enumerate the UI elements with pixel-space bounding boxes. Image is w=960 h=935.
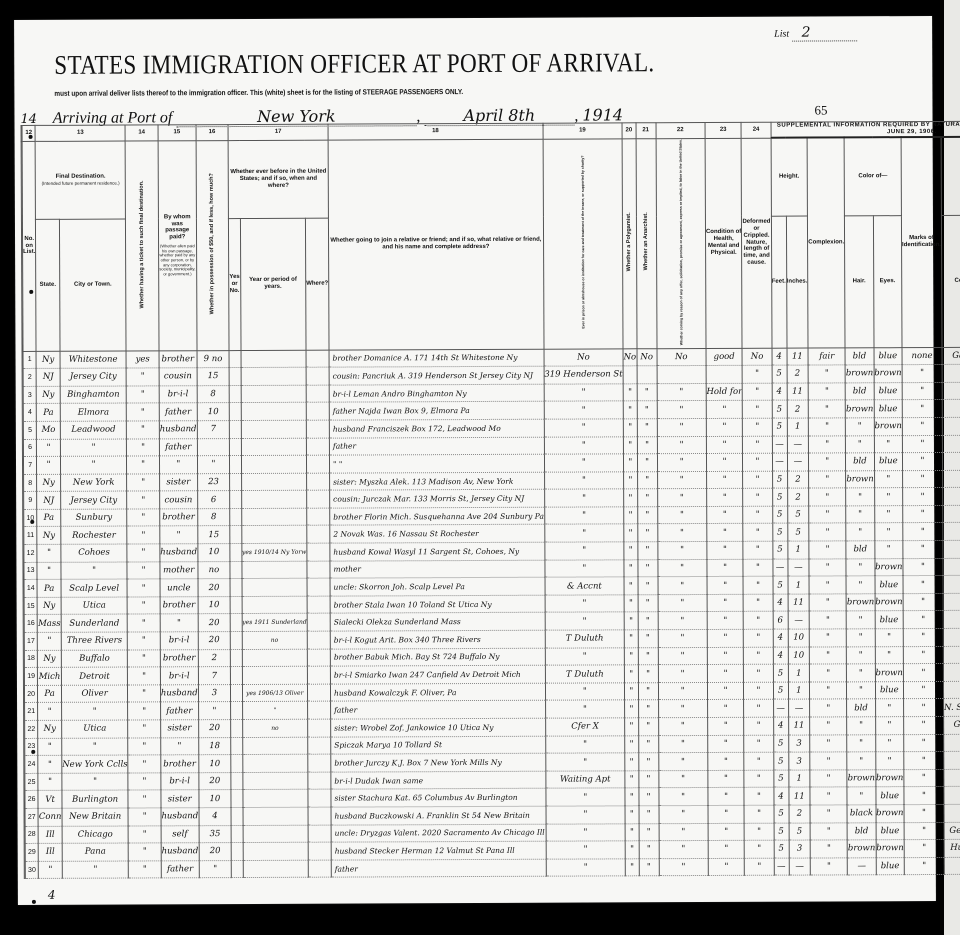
cell-before-yn bbox=[230, 614, 241, 632]
cell-marks: " bbox=[903, 629, 943, 647]
cell-before-yn bbox=[231, 843, 242, 861]
cell-no: 20 bbox=[24, 685, 37, 703]
cell-comp: " bbox=[809, 435, 846, 453]
cell-health: " bbox=[707, 647, 744, 665]
cell-eyes: brown bbox=[875, 769, 903, 787]
cell-deformed: " bbox=[743, 506, 772, 524]
cell-relative: " " bbox=[329, 454, 544, 473]
cell-in: 5 bbox=[787, 506, 809, 524]
cell-contract: " bbox=[659, 841, 708, 859]
cell-ft: — bbox=[773, 700, 788, 718]
cell-state: " bbox=[37, 439, 61, 457]
cell-hair: brown bbox=[845, 400, 873, 418]
cell-marks: " bbox=[902, 382, 942, 400]
cell-ft: 5 bbox=[772, 541, 787, 559]
cell-marks: " bbox=[904, 752, 944, 770]
cell-before-yn bbox=[229, 385, 240, 403]
cell-poly: " bbox=[624, 683, 638, 701]
cell-in: — bbox=[789, 858, 811, 876]
cell-relative: brother Florin Mich. Susquehanna Ave 204… bbox=[330, 507, 545, 526]
cell-before-where bbox=[308, 719, 331, 737]
cell-before-yn bbox=[231, 737, 242, 755]
cell-ft: 5 bbox=[773, 576, 788, 594]
header-marks: Marks of Identification. bbox=[901, 137, 942, 347]
header-state: State. bbox=[36, 219, 60, 351]
cell-before-year bbox=[241, 508, 306, 526]
cell-before-year bbox=[242, 790, 307, 808]
header-eyes: Eyes. bbox=[873, 215, 902, 347]
punch-hole-dot bbox=[32, 900, 36, 904]
cell-deformed: " bbox=[745, 858, 774, 876]
cell-prison: " bbox=[546, 841, 625, 859]
cell-in: 3 bbox=[788, 735, 810, 753]
cell-before-where bbox=[307, 473, 330, 491]
cell-eyes: brown bbox=[876, 840, 904, 858]
page-number: 65 bbox=[814, 102, 827, 118]
cell-comp: " bbox=[809, 594, 846, 612]
cell-prison: " bbox=[546, 859, 625, 877]
cell-poly bbox=[623, 366, 637, 384]
cell-paid: father bbox=[161, 860, 199, 878]
cell-prison: T Duluth bbox=[545, 665, 624, 683]
cell-money: " bbox=[199, 860, 232, 878]
cell-paid: " bbox=[160, 614, 198, 632]
header-where: Where? bbox=[305, 218, 329, 350]
cell-before-yn bbox=[231, 825, 242, 843]
cell-prison: " bbox=[544, 419, 623, 437]
cell-city: Whitestone bbox=[60, 351, 126, 369]
cell-before-where bbox=[308, 860, 331, 878]
cell-poly: " bbox=[623, 454, 637, 472]
cell-before-year bbox=[242, 649, 307, 667]
cell-before-where bbox=[307, 649, 330, 667]
cell-ticket: " bbox=[127, 421, 160, 439]
cell-ft: 5 bbox=[772, 365, 787, 383]
cell-in: 1 bbox=[788, 576, 810, 594]
cell-eyes: brown bbox=[875, 558, 903, 576]
cell-ticket: " bbox=[127, 597, 160, 615]
cell-ft: — bbox=[772, 559, 787, 577]
cell-no: 19 bbox=[24, 668, 37, 686]
cell-state: Pa bbox=[38, 685, 62, 703]
cell-hair: bld bbox=[846, 541, 874, 559]
cell-paid: brother bbox=[161, 755, 199, 773]
cell-state: Mo bbox=[37, 421, 61, 439]
cell-health: " bbox=[706, 436, 743, 454]
cell-in: 11 bbox=[788, 594, 810, 612]
cell-money: no bbox=[198, 561, 231, 579]
cell-poly: " bbox=[624, 630, 638, 648]
header-money: Whether in possession of $50, and if les… bbox=[196, 140, 229, 350]
cell-ticket: " bbox=[127, 456, 160, 474]
cell-anarch: " bbox=[639, 806, 659, 824]
cell-no: 17 bbox=[24, 632, 37, 650]
cell-comp: " bbox=[809, 418, 846, 436]
cell-marks: " bbox=[904, 857, 944, 875]
cell-health: " bbox=[708, 840, 745, 858]
cell-poly: " bbox=[624, 489, 638, 507]
cell-relative: Spiczak Marya 10 Tollard St bbox=[331, 736, 546, 755]
cell-no: 8 bbox=[24, 474, 37, 492]
cell-eyes: " bbox=[875, 699, 903, 717]
cell-comp: fair bbox=[808, 347, 845, 365]
cell-ticket: " bbox=[128, 808, 161, 826]
cell-country: " bbox=[943, 663, 960, 681]
cell-eyes: blue bbox=[876, 857, 904, 875]
cell-before-year bbox=[241, 350, 306, 368]
cell-eyes: blue bbox=[874, 347, 902, 365]
cell-city: " bbox=[62, 773, 128, 791]
cell-before-year bbox=[242, 737, 307, 755]
cell-marks: " bbox=[903, 505, 943, 523]
cell-comp: " bbox=[810, 717, 847, 735]
cell-before-year bbox=[242, 754, 307, 772]
cell-no: 21 bbox=[25, 703, 38, 721]
cell-money: 20 bbox=[198, 772, 231, 790]
cell-state: " bbox=[38, 773, 62, 791]
header-ticket: Whether having a ticket to such final de… bbox=[125, 140, 158, 350]
cell-no: 18 bbox=[24, 650, 37, 668]
cell-before-where bbox=[306, 438, 329, 456]
cell-comp: " bbox=[809, 541, 846, 559]
cell-country: Galizia bbox=[942, 347, 960, 365]
cell-state: " bbox=[38, 738, 62, 756]
cell-health: " bbox=[706, 418, 743, 436]
cell-before-yn bbox=[230, 420, 241, 438]
cell-anarch: " bbox=[638, 647, 658, 665]
cell-paid: br-i-l bbox=[160, 667, 198, 685]
header-ever-before: Whether ever before in the United States… bbox=[228, 140, 328, 219]
cell-eyes: blue bbox=[875, 681, 903, 699]
cell-paid: husband bbox=[160, 544, 198, 562]
cell-relative: brother Babuk Mich. Bay St 724 Buffalo N… bbox=[330, 648, 545, 667]
cell-relative: father bbox=[329, 437, 544, 456]
cell-marks: " bbox=[902, 400, 942, 418]
cell-anarch: " bbox=[638, 735, 658, 753]
cell-prison: Cfer X bbox=[545, 718, 624, 736]
cell-ft: 4 bbox=[773, 717, 788, 735]
manifest-rows: 1NyWhitestoneyesbrother9 nobrother Doman… bbox=[22, 347, 960, 879]
cell-prison: " bbox=[545, 700, 624, 718]
punch-hole-dot bbox=[29, 290, 33, 294]
cell-before-yn bbox=[230, 473, 241, 491]
cell-before-where bbox=[308, 702, 331, 720]
cell-prison: Waiting Apt bbox=[546, 771, 625, 789]
cell-health: " bbox=[707, 665, 744, 683]
cell-before-year bbox=[241, 561, 306, 579]
cell-contract: No bbox=[657, 348, 706, 366]
cell-country: N. Sta. Am. bbox=[944, 699, 960, 717]
cell-in: 1 bbox=[787, 541, 809, 559]
header-final-destination: Final Destination. (Intended future perm… bbox=[35, 141, 125, 220]
cell-in: 1 bbox=[788, 682, 810, 700]
header-condition: Condition of Health, Mental and Physical… bbox=[705, 138, 743, 348]
cell-no: 2 bbox=[23, 369, 36, 387]
cell-relative: sister Stachura Kat. 65 Columbus Av Burl… bbox=[331, 789, 546, 808]
cell-poly: " bbox=[625, 718, 639, 736]
cell-state: " bbox=[39, 861, 63, 879]
cell-comp: " bbox=[809, 506, 846, 524]
cell-poly: " bbox=[625, 700, 639, 718]
cell-country: " bbox=[944, 751, 960, 769]
cell-state: " bbox=[37, 544, 61, 562]
cell-before-where bbox=[308, 807, 331, 825]
cell-city: Rochester bbox=[61, 527, 127, 545]
cell-no: 15 bbox=[24, 597, 37, 615]
col-num: 16 bbox=[196, 125, 229, 141]
cell-contract: " bbox=[657, 436, 706, 454]
cell-prison: T Duluth bbox=[545, 630, 624, 648]
cell-contract: " bbox=[658, 718, 707, 736]
cell-ticket: " bbox=[128, 685, 161, 703]
cell-eyes: blue bbox=[875, 576, 903, 594]
cell-prison: " bbox=[544, 507, 623, 525]
cell-eyes: " bbox=[875, 717, 903, 735]
cell-marks: " bbox=[902, 453, 942, 471]
cell-city: Cohoes bbox=[61, 544, 127, 562]
cell-relative: br-i-l Smiarko Iwan 247 Canfield Av Detr… bbox=[330, 665, 545, 684]
cell-comp: " bbox=[808, 383, 845, 401]
cell-before-where bbox=[307, 684, 330, 702]
cell-prison: " bbox=[544, 454, 623, 472]
header-prison: Ever in prison or almshouse or instituti… bbox=[543, 138, 623, 348]
cell-before-where bbox=[307, 526, 330, 544]
cell-deformed: " bbox=[744, 647, 773, 665]
cell-deformed: " bbox=[744, 612, 773, 630]
cell-hair: " bbox=[846, 488, 874, 506]
cell-comp: " bbox=[810, 734, 847, 752]
cell-country: " bbox=[944, 787, 960, 805]
cell-prison: " bbox=[544, 489, 623, 507]
cell-country: Germany bbox=[944, 822, 960, 840]
cell-relative: sister: Wrobel Zof. Jankowice 10 Utica N… bbox=[331, 718, 546, 737]
cell-health: " bbox=[707, 577, 744, 595]
cell-marks: " bbox=[903, 541, 943, 559]
cell-anarch: No bbox=[637, 348, 657, 366]
cell-contract: " bbox=[657, 542, 706, 560]
cell-ft: 5 bbox=[772, 400, 787, 418]
cell-anarch: " bbox=[637, 471, 657, 489]
cell-in: — bbox=[787, 436, 809, 454]
cell-eyes: blue bbox=[876, 787, 904, 805]
cell-no: 10 bbox=[24, 509, 37, 527]
cell-comp: " bbox=[810, 787, 847, 805]
cell-before-year: no bbox=[242, 719, 307, 737]
cell-poly: " bbox=[623, 401, 637, 419]
header-deformed: Deformed or Crippled. Nature, length of … bbox=[742, 138, 772, 348]
cell-money: 10 bbox=[199, 790, 232, 808]
cell-no: 11 bbox=[24, 527, 37, 545]
cell-marks: " bbox=[904, 699, 944, 717]
cell-relative: uncle: Skorron Joh. Scalp Level Pa bbox=[330, 577, 545, 596]
col-num: 17 bbox=[228, 124, 328, 140]
cell-in: 10 bbox=[788, 629, 810, 647]
supplemental-header: SUPPLEMENTAL INFORMATION REQUIRED BY NAT… bbox=[771, 121, 960, 138]
cell-anarch: " bbox=[639, 841, 659, 859]
cell-comp: " bbox=[809, 611, 846, 629]
cell-before-year bbox=[241, 438, 306, 456]
cell-city: Sunbury bbox=[61, 509, 127, 527]
cell-before-yn bbox=[231, 702, 242, 720]
manifest-page: List 2 STATES IMMIGRATION OFFICER AT POR… bbox=[14, 16, 936, 905]
cell-relative: brother Jurczy K.J. Box 7 New York Mills… bbox=[331, 753, 546, 772]
cell-money: 3 bbox=[198, 684, 231, 702]
cell-anarch: " bbox=[637, 436, 657, 454]
cell-relative: cousin: Pancriuk A. 319 Henderson St Jer… bbox=[329, 366, 544, 385]
cell-eyes: brown bbox=[874, 365, 902, 383]
cell-city: Utica bbox=[61, 597, 127, 615]
bottom-mark: 4 bbox=[48, 888, 56, 902]
cell-before-yn bbox=[229, 368, 240, 386]
cell-hair: " bbox=[846, 435, 874, 453]
cell-before-where bbox=[307, 490, 330, 508]
cell-prison: " bbox=[546, 806, 625, 824]
cell-deformed: " bbox=[743, 559, 772, 577]
cell-state: Pa bbox=[37, 509, 61, 527]
cell-marks: " bbox=[903, 593, 943, 611]
cell-state: Ill bbox=[38, 826, 62, 844]
cell-prison: " bbox=[545, 612, 624, 630]
cell-poly: " bbox=[624, 612, 638, 630]
cell-in: — bbox=[787, 453, 809, 471]
cell-marks: " bbox=[903, 576, 943, 594]
cell-deformed: " bbox=[744, 717, 773, 735]
cell-hair: " bbox=[847, 752, 875, 770]
cell-country: " bbox=[942, 382, 960, 400]
cell-marks: " bbox=[903, 470, 943, 488]
cell-deformed: " bbox=[743, 524, 772, 542]
cell-before-yn bbox=[230, 632, 241, 650]
cell-money: " bbox=[197, 456, 230, 474]
cell-money: 15 bbox=[197, 368, 230, 386]
cell-paid: br-i-l bbox=[159, 385, 197, 403]
cell-comp: " bbox=[808, 400, 845, 418]
cell-eyes: brown bbox=[876, 805, 904, 823]
cell-contract: " bbox=[659, 805, 708, 823]
cell-before-where bbox=[308, 825, 331, 843]
cell-money: 20 bbox=[198, 614, 231, 632]
cell-city: New York bbox=[60, 474, 126, 492]
cell-relative: Sialecki Olekza Sunderland Mass bbox=[330, 613, 545, 632]
cell-marks: " bbox=[903, 558, 943, 576]
cell-country: " bbox=[943, 593, 960, 611]
cell-marks: " bbox=[904, 822, 944, 840]
cell-state: " bbox=[37, 456, 61, 474]
col-num: 14 bbox=[125, 125, 158, 141]
cell-before-where bbox=[307, 508, 330, 526]
col-num: 18 bbox=[328, 123, 543, 139]
cell-poly: " bbox=[625, 788, 639, 806]
cell-poly: " bbox=[624, 595, 638, 613]
col-num: 21 bbox=[636, 123, 656, 139]
cell-state: Mass bbox=[37, 615, 61, 633]
cell-ft: — bbox=[772, 436, 787, 454]
cell-country: " bbox=[944, 804, 960, 822]
cell-in: 2 bbox=[787, 471, 809, 489]
cell-poly: " bbox=[624, 647, 638, 665]
cell-anarch: " bbox=[637, 454, 657, 472]
cell-city: Three Rivers bbox=[61, 632, 127, 650]
cell-ticket: " bbox=[128, 790, 161, 808]
cell-city: Jersey City bbox=[61, 491, 127, 509]
cell-poly: " bbox=[624, 542, 638, 560]
cell-eyes: " bbox=[874, 541, 902, 559]
cell-marks: " bbox=[902, 435, 942, 453]
cell-contract: " bbox=[658, 559, 707, 577]
cell-anarch: " bbox=[637, 542, 657, 560]
cell-contract: " bbox=[657, 418, 706, 436]
cell-comp: " bbox=[809, 523, 846, 541]
cell-state: " bbox=[38, 632, 62, 650]
cell-poly: " bbox=[625, 859, 639, 877]
cell-before-yn bbox=[230, 438, 241, 456]
col-num: 20 bbox=[622, 123, 636, 139]
cell-paid: brother bbox=[160, 597, 198, 615]
cell-relative: husband Kowal Wasyl 11 Sargent St, Cohoe… bbox=[330, 542, 545, 561]
cell-deformed: " bbox=[743, 453, 772, 471]
cell-money: 10 bbox=[198, 755, 231, 773]
cell-in: 1 bbox=[788, 770, 810, 788]
cell-prison: " bbox=[545, 542, 624, 560]
cell-no: 14 bbox=[24, 580, 37, 598]
cell-city: " bbox=[62, 738, 128, 756]
cell-before-where bbox=[306, 350, 329, 368]
cell-state: Ny bbox=[38, 720, 62, 738]
cell-country: " bbox=[943, 540, 960, 558]
cell-in: 3 bbox=[788, 752, 810, 770]
cell-eyes: " bbox=[875, 646, 903, 664]
list-label: List bbox=[774, 29, 789, 40]
header-hair: Hair. bbox=[845, 215, 874, 347]
cell-in: 2 bbox=[787, 400, 809, 418]
cell-ft: 5 bbox=[772, 524, 787, 542]
cell-in: 5 bbox=[789, 823, 811, 841]
cell-country: " bbox=[943, 523, 960, 541]
cell-before-year: yes 1911 Sunderland bbox=[242, 614, 307, 632]
cell-hair: " bbox=[846, 611, 874, 629]
cell-country: " bbox=[943, 470, 960, 488]
cell-marks: " bbox=[903, 488, 943, 506]
cell-hair: " bbox=[847, 734, 875, 752]
cell-ticket: " bbox=[127, 526, 160, 544]
cell-country: " bbox=[942, 364, 960, 382]
cell-before-yn bbox=[231, 649, 242, 667]
cell-paid: sister bbox=[159, 473, 197, 491]
header-passage-paid: By whom was passage paid? (Whether alien… bbox=[158, 140, 197, 350]
cell-marks: " bbox=[902, 365, 942, 383]
cell-eyes: " bbox=[875, 629, 903, 647]
cell-no: 13 bbox=[24, 562, 37, 580]
cell-deformed: " bbox=[744, 770, 773, 788]
cell-city: " bbox=[61, 702, 127, 720]
cell-hair: — bbox=[847, 858, 875, 876]
col-num: 22 bbox=[656, 122, 705, 138]
cell-deformed: " bbox=[744, 629, 773, 647]
cell-marks: " bbox=[904, 716, 944, 734]
cell-contract: " bbox=[658, 682, 707, 700]
cell-state: " bbox=[37, 562, 61, 580]
cell-comp: " bbox=[809, 629, 846, 647]
cell-deformed: " bbox=[744, 682, 773, 700]
cell-ft: 5 bbox=[772, 488, 787, 506]
cell-contract: " bbox=[658, 753, 707, 771]
cell-in: — bbox=[787, 559, 809, 577]
cell-paid: uncle bbox=[160, 579, 198, 597]
cell-deformed: " bbox=[745, 840, 774, 858]
cell-paid: husband bbox=[161, 843, 199, 861]
cell-money: 8 bbox=[197, 385, 230, 403]
cell-ft: 4 bbox=[773, 629, 788, 647]
